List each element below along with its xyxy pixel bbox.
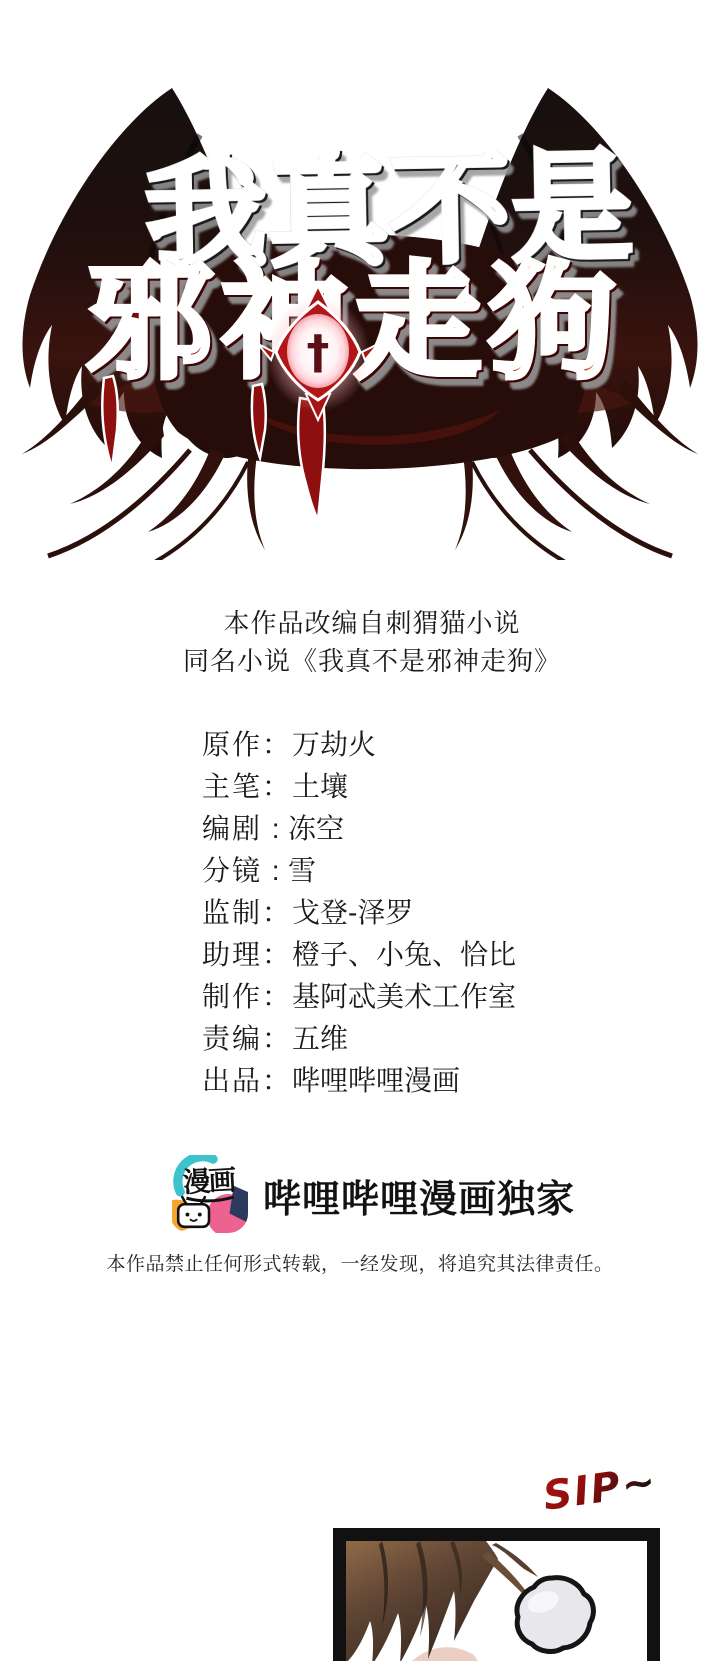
- dagger-glyph: †: [307, 325, 330, 379]
- eye-dagger-emblem-icon: †: [256, 284, 380, 454]
- sfx-sip-text: SIP~: [540, 1458, 660, 1519]
- credit-role: 分镜 :: [202, 849, 288, 889]
- credit-row: 分镜 : 雪: [202, 848, 516, 890]
- manga-title-page: 我真不是 邪神走狗 † 本作品改编自刺猬猫小说 同名小说《我真不是邪神走狗》: [0, 0, 720, 1661]
- credit-name: 雪: [288, 849, 316, 889]
- bilibili-exclusive-text: 哔哩哔哩漫画独家: [263, 1168, 575, 1223]
- credit-name: 五维: [292, 1017, 348, 1057]
- comic-panel: [333, 1528, 660, 1661]
- credit-row: 主笔： 土壤: [202, 764, 516, 806]
- credit-role: 主笔：: [202, 765, 292, 805]
- credit-role: 责编：: [202, 1017, 292, 1057]
- credit-role: 出品：: [202, 1059, 292, 1099]
- credit-row: 编剧 : 冻空: [202, 806, 516, 848]
- credit-name: 哔哩哔哩漫画: [292, 1059, 460, 1099]
- credit-row: 制作： 基阿忒美术工作室: [202, 974, 516, 1016]
- credit-row: 原作： 万劫火: [202, 722, 516, 764]
- credit-role: 制作：: [202, 975, 292, 1015]
- credit-row: 责编： 五维: [202, 1016, 516, 1058]
- adaptation-line2: 同名小说《我真不是邪神走狗》: [12, 641, 720, 678]
- credit-role: 原作：: [202, 723, 292, 763]
- credit-role: 监制：: [202, 891, 292, 931]
- credits-list: 原作： 万劫火 主笔： 土壤 编剧 : 冻空 分镜 : 雪 监制： 戈登-泽罗 …: [202, 722, 516, 1100]
- icon-manga-label: 漫画: [182, 1164, 237, 1198]
- credit-row: 出品： 哔哩哔哩漫画: [202, 1058, 516, 1100]
- credit-name: 基阿忒美术工作室: [292, 975, 516, 1015]
- bilibili-manga-app-icon: 漫画: [170, 1155, 248, 1233]
- credit-role: 编剧 :: [202, 807, 288, 847]
- adaptation-line1: 本作品改编自刺猬猫小说: [12, 603, 720, 640]
- credit-name: 橙子、小兔、恰比: [292, 933, 516, 973]
- credit-role: 助理：: [202, 933, 292, 973]
- credit-name: 土壤: [292, 765, 348, 805]
- credit-name: 戈登-泽罗: [292, 891, 413, 931]
- credit-name: 万劫火: [292, 723, 376, 763]
- credit-name: 冻空: [288, 807, 344, 847]
- credit-row: 助理： 橙子、小兔、恰比: [202, 932, 516, 974]
- disclaimer-text: 本作品禁止任何形式转载，一经发现，将追究其法律责任。: [0, 1249, 720, 1276]
- comic-panel-art: [346, 1541, 647, 1661]
- credit-row: 监制： 戈登-泽罗: [202, 890, 516, 932]
